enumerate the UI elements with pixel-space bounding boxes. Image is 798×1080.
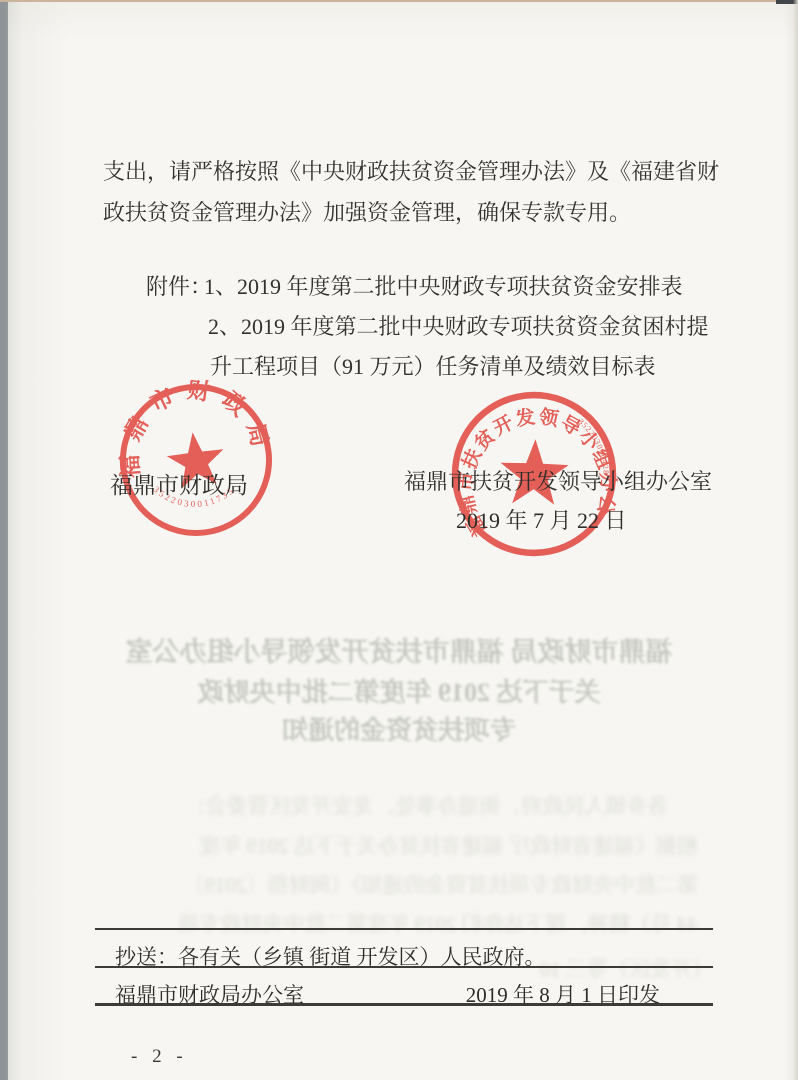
ghost-body-line: 44 号）精神，现下达你们 2019 年度第二批中央财政专项 (178, 908, 698, 938)
ghost-body-line: 第二批中央财政专项扶贫资金的通知》（闽财指〔2019〕 (184, 869, 699, 899)
left-signing-org: 福鼎市财政局 (110, 467, 248, 500)
ghost-title-line: 专项扶贫资金的通知 (0, 710, 798, 747)
finance-bureau-seal: 福鼎市财政局 3522030011735 (107, 371, 285, 549)
attachment-line: 升工程项目（91 万元）任务清单及绩效目标表 (210, 350, 656, 381)
ghost-title-line: 福鼎市财政局 福鼎市扶贫开发领导小组办公室 (0, 630, 798, 669)
body-paragraph-line: 支出，请严格按照《中央财政扶贫资金管理办法》及《福建省财 (103, 155, 719, 186)
attachment-line: 2、2019 年度第二批中央财政专项扶贫资金贫困村提 (208, 310, 709, 341)
document-page: 福鼎市财政局 福鼎市扶贫开发领导小组办公室 关于下达 2019 年度第二批中央财… (0, 0, 798, 1080)
ghost-body-line: 各乡镇人民政府、街道办事处、龙安开发区管委会： (185, 790, 668, 820)
footer-rule-middle (95, 966, 713, 968)
attachment-label: 附件： (146, 270, 212, 301)
ghost-body-line: 根据《福建省财政厅 福建省扶贫办关于下达 2019 年度 (199, 830, 698, 860)
footer-rule-top (95, 928, 713, 930)
signature-date: 2019 年 7 月 22 日 (456, 504, 627, 535)
attachment-line: 1、2019 年度第二批中央财政专项扶贫资金安排表 (204, 270, 683, 301)
page-number: - 2 - (131, 1046, 188, 1068)
body-paragraph-line: 政扶贫资金管理办法》加强资金管理，确保专款专用。 (103, 196, 631, 227)
footer-rule-bottom (95, 1003, 713, 1006)
ghost-title-line: 关于下达 2019 年度第二批中央财政 (0, 672, 798, 709)
right-signing-org: 福鼎市扶贫开发领导小组办公室 (404, 465, 712, 496)
